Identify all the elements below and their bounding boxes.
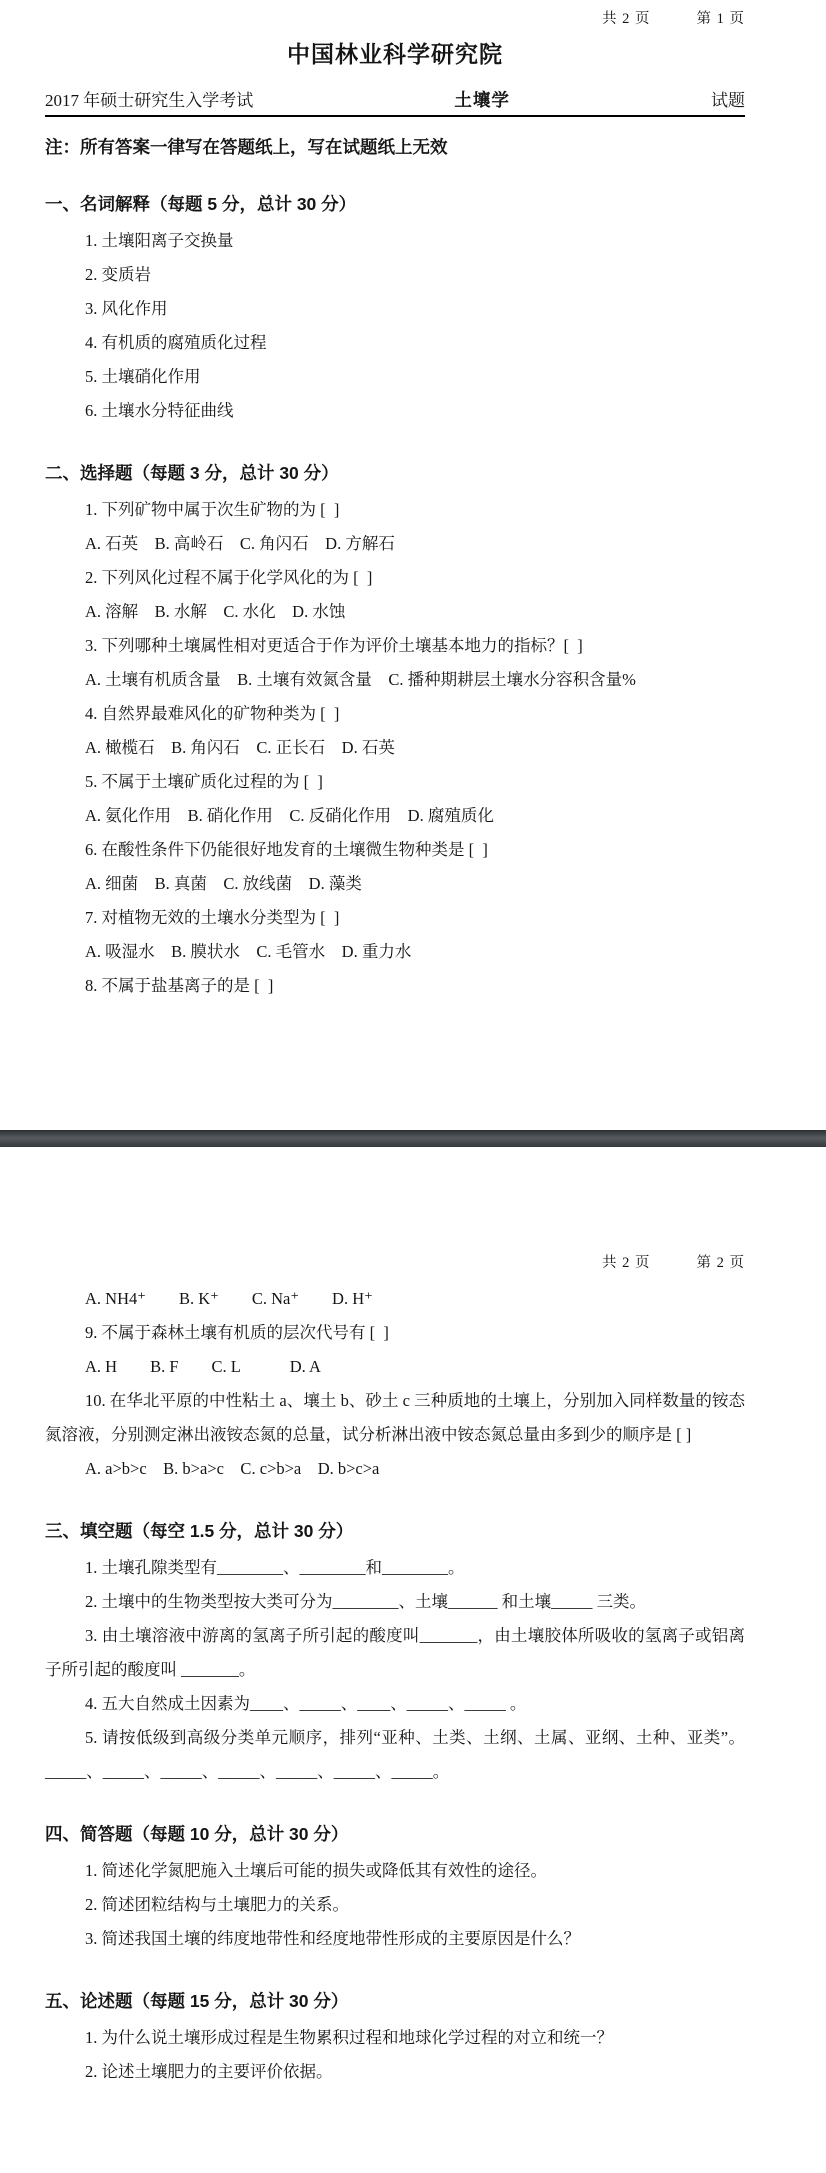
question-line: 1. 下列矿物中属于次生矿物的为 [ ]	[45, 493, 745, 527]
section-glossary: 一、名词解释（每题 5 分，总计 30 分） 1. 土壤阳离子交换量2. 变质岩…	[45, 191, 745, 428]
question-line: A. NH4⁺ B. K⁺ C. Na⁺ D. H⁺	[45, 1282, 745, 1316]
section-heading: 二、选择题（每题 3 分，总计 30 分）	[45, 460, 745, 485]
question-line: 9. 不属于森林土壤有机质的层次代号有 [ ]	[45, 1316, 745, 1350]
section-multiple-choice: 二、选择题（每题 3 分，总计 30 分） 1. 下列矿物中属于次生矿物的为 […	[45, 460, 745, 1003]
question-line: 2. 下列风化过程不属于化学风化的为 [ ]	[45, 561, 745, 595]
question-paragraph: 5. 请按低级到高级分类单元顺序，排列“亚种、土类、土纲、土属、亚纲、土种、亚类…	[45, 1721, 745, 1789]
question-line: A. 橄榄石 B. 角闪石 C. 正长石 D. 石英	[45, 731, 745, 765]
question-line: 7. 对植物无效的土壤水分类型为 [ ]	[45, 901, 745, 935]
answer-instruction-note: 注：所有答案一律写在答题纸上，写在试题纸上无效	[45, 134, 745, 159]
section-heading: 四、简答题（每题 10 分，总计 30 分）	[45, 1821, 745, 1846]
section-heading: 一、名词解释（每题 5 分，总计 30 分）	[45, 191, 745, 216]
question-line: 3. 风化作用	[45, 292, 745, 326]
question-line: 3. 下列哪种土壤属性相对更适合于作为评价土壤基本地力的指标？[ ]	[45, 629, 745, 663]
page-count-label: 共 2 页	[602, 7, 651, 28]
page-number-label: 第 2 页	[697, 1251, 746, 1272]
question-paragraph: 10. 在华北平原的中性粘土 a、壤土 b、砂土 c 三种质地的土壤上，分别加入…	[45, 1384, 745, 1452]
question-list: 1. 为什么说土壤形成过程是生物累积过程和地球化学过程的对立和统一？2. 论述土…	[45, 2021, 745, 2089]
question-line: 5. 不属于土壤矿质化过程的为 [ ]	[45, 765, 745, 799]
question-line: 6. 土壤水分特征曲线	[45, 394, 745, 428]
question-line: A. 氨化作用 B. 硝化作用 C. 反硝化作用 D. 腐殖质化	[45, 799, 745, 833]
question-line: 2. 简述团粒结构与土壤肥力的关系。	[45, 1888, 745, 1922]
page-1: 共 2 页 第 1 页 中国林业科学研究院 2017 年硕士研究生入学考试 土壤…	[0, 0, 826, 1130]
question-line: 2. 论述土壤肥力的主要评价依据。	[45, 2055, 745, 2089]
subject-name: 土壤学	[454, 87, 510, 112]
question-line: 3. 简述我国土壤的纬度地带性和经度地带性形成的主要原因是什么？	[45, 1922, 745, 1956]
section-heading: 五、论述题（每题 15 分，总计 30 分）	[45, 1988, 745, 2013]
question-line: 1. 简述化学氮肥施入土壤后可能的损失或降低其有效性的途径。	[45, 1854, 745, 1888]
question-line: 1. 土壤阳离子交换量	[45, 224, 745, 258]
exam-session-label: 2017 年硕士研究生入学考试	[45, 86, 253, 111]
paper-type-label: 试题	[711, 86, 745, 111]
question-list: 1. 土壤孔隙类型有________、________和________。2. …	[45, 1551, 745, 1789]
page-number-label: 第 1 页	[697, 7, 746, 28]
question-line: A. 石英 B. 高岭石 C. 角闪石 D. 方解石	[45, 527, 745, 561]
question-line: 5. 土壤硝化作用	[45, 360, 745, 394]
page-2: 共 2 页 第 2 页 A. NH4⁺ B. K⁺ C. Na⁺ D. H⁺9.…	[0, 1147, 826, 2173]
question-line: A. 细菌 B. 真菌 C. 放线菌 D. 藻类	[45, 867, 745, 901]
question-line: 4. 有机质的腐殖质化过程	[45, 326, 745, 360]
question-list: 1. 简述化学氮肥施入土壤后可能的损失或降低其有效性的途径。2. 简述团粒结构与…	[45, 1854, 745, 1956]
multiple-choice-continuation: A. NH4⁺ B. K⁺ C. Na⁺ D. H⁺9. 不属于森林土壤有机质的…	[45, 1282, 745, 1486]
question-line: 8. 不属于盐基离子的是 [ ]	[45, 969, 745, 1003]
question-line: A. 土壤有机质含量 B. 土壤有效氮含量 C. 播种期耕层土壤水分容积含量%	[45, 663, 745, 697]
question-list: 1. 土壤阳离子交换量2. 变质岩3. 风化作用4. 有机质的腐殖质化过程5. …	[45, 224, 745, 428]
question-line: 1. 为什么说土壤形成过程是生物累积过程和地球化学过程的对立和统一？	[45, 2021, 745, 2055]
page-header-info: 共 2 页 第 2 页	[45, 1251, 745, 1272]
question-paragraph: 3. 由土壤溶液中游离的氢离子所引起的酸度叫_______，由土壤胶体所吸收的氢…	[45, 1619, 745, 1687]
question-line: 2. 土壤中的生物类型按大类可分为________、土壤______ 和土壤__…	[45, 1585, 745, 1619]
question-line: 1. 土壤孔隙类型有________、________和________。	[45, 1551, 745, 1585]
section-essay: 五、论述题（每题 15 分，总计 30 分） 1. 为什么说土壤形成过程是生物累…	[45, 1988, 745, 2089]
institution-title: 中国林业科学研究院	[45, 36, 745, 69]
page-count-label: 共 2 页	[602, 1251, 651, 1272]
question-line: A. 溶解 B. 水解 C. 水化 D. 水蚀	[45, 595, 745, 629]
exam-title-bar: 2017 年硕士研究生入学考试 土壤学 试题	[45, 86, 745, 117]
question-line: A. 吸湿水 B. 膜状水 C. 毛管水 D. 重力水	[45, 935, 745, 969]
page-separator	[0, 1130, 826, 1147]
section-fill-blanks: 三、填空题（每空 1.5 分，总计 30 分） 1. 土壤孔隙类型有______…	[45, 1518, 745, 1789]
question-line: A. H B. F C. L D. A	[45, 1350, 745, 1384]
question-line: 6. 在酸性条件下仍能很好地发育的土壤微生物种类是 [ ]	[45, 833, 745, 867]
section-heading: 三、填空题（每空 1.5 分，总计 30 分）	[45, 1518, 745, 1543]
question-line: 2. 变质岩	[45, 258, 745, 292]
page-header-info: 共 2 页 第 1 页	[45, 0, 745, 28]
question-line: A. a>b>c B. b>a>c C. c>b>a D. b>c>a	[45, 1452, 745, 1486]
question-line: 4. 自然界最难风化的矿物种类为 [ ]	[45, 697, 745, 731]
section-short-answer: 四、简答题（每题 10 分，总计 30 分） 1. 简述化学氮肥施入土壤后可能的…	[45, 1821, 745, 1956]
question-list: 1. 下列矿物中属于次生矿物的为 [ ]A. 石英 B. 高岭石 C. 角闪石 …	[45, 493, 745, 1003]
question-line: 4. 五大自然成土因素为____、_____、____、_____、_____ …	[45, 1687, 745, 1721]
